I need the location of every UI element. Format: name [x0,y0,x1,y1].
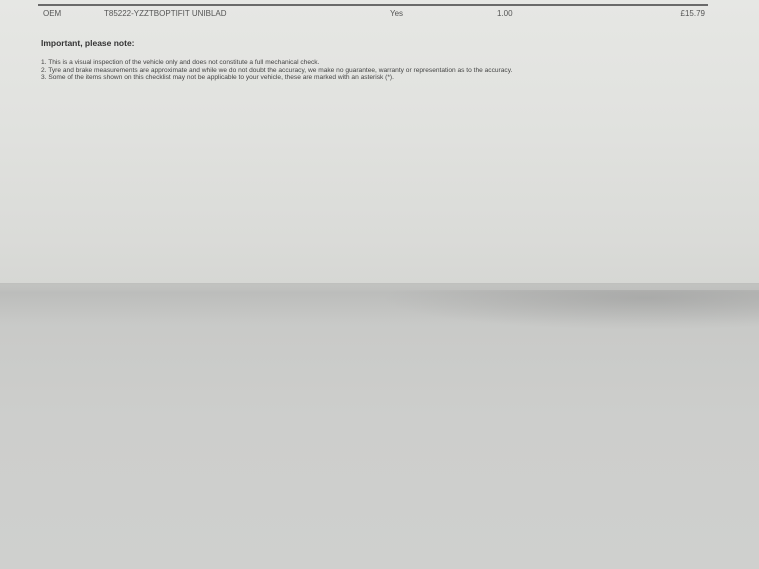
notes-list: 1. This is a visual inspection of the ve… [41,59,512,82]
cell-quantity: 1.00 [497,9,513,18]
note-item: 2. Tyre and brake measurements are appro… [41,67,512,75]
cell-part-description: T85222-YZZTBOPTIFIT UNIBLAD [104,9,227,18]
cell-source: OEM [43,9,61,18]
cell-fitted: Yes [390,9,403,18]
fold-shadow [380,290,759,330]
note-item: 1. This is a visual inspection of the ve… [41,59,512,67]
table-divider [38,4,708,6]
table-row: OEM T85222-YZZTBOPTIFIT UNIBLAD Yes 1.00… [0,9,759,21]
notes-heading: Important, please note: [41,38,135,48]
cell-price: £15.79 [681,9,705,18]
note-item: 3. Some of the items shown on this check… [41,74,512,82]
